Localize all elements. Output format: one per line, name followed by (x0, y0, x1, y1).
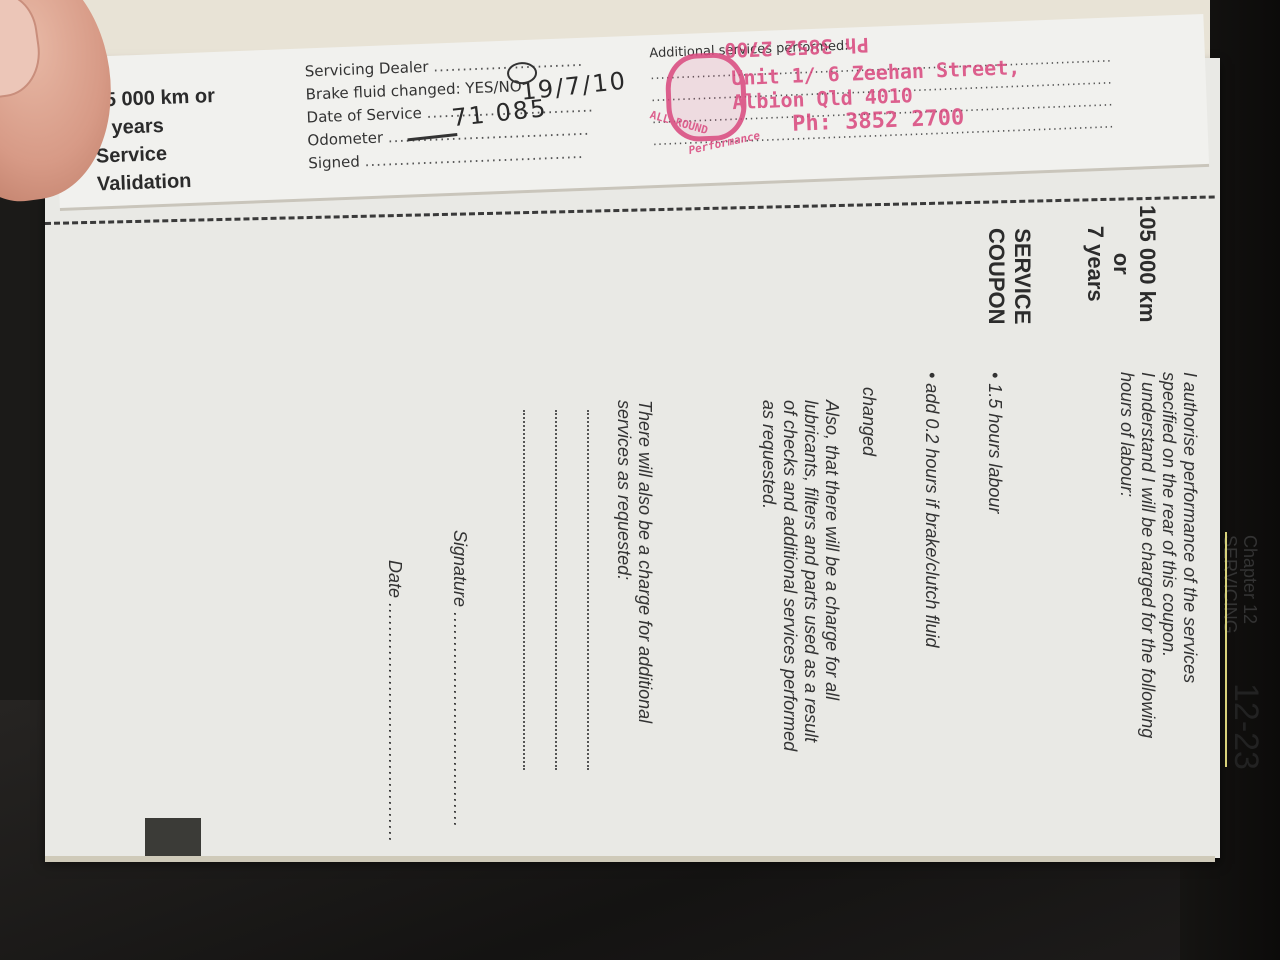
authorise-text: I authorise performance of the services … (1116, 372, 1200, 738)
text-line: lubricants, filters and parts used as a … (800, 400, 821, 751)
text-line: of checks and additional services perfor… (779, 400, 800, 751)
text-line: Also, that there will be a charge for al… (821, 400, 842, 751)
text-line: specified on the rear of this coupon. (1158, 372, 1179, 738)
stub-title: 75 000 km or 5 years Service Validation (93, 82, 218, 199)
interval-years: 7 years (1082, 205, 1108, 322)
signature-label: Signature (450, 530, 470, 607)
text-line: hours of labour: (1116, 372, 1137, 738)
charge-text: Also, that there will be a charge for al… (758, 400, 842, 751)
dotted-line: .................................... (450, 612, 470, 828)
text-line: I understand I will be charged for the f… (1137, 372, 1158, 738)
thumb-index-marker (145, 818, 201, 856)
bullet-item: changed (858, 372, 879, 647)
page-number: 12-23 (1226, 683, 1265, 770)
text-line: as requested. (758, 400, 779, 751)
page-edge (45, 856, 1215, 862)
additional-services-line-2[interactable] (555, 410, 557, 770)
interval-or: or (1108, 205, 1134, 322)
date-field[interactable]: Date ...................................… (384, 560, 405, 843)
coupon-interval: 105 000 km or 7 years (1082, 205, 1160, 322)
date-label: Date (385, 560, 405, 598)
stub-title-line: Validation (96, 166, 218, 199)
stamp-line: Ph 3852 2700 (724, 33, 869, 63)
title-line: COUPON (983, 228, 1009, 325)
text-line: I authorise performance of the services (1179, 372, 1200, 738)
field-label: Signed (308, 152, 360, 172)
signature-field[interactable]: Signature ..............................… (449, 530, 470, 828)
stub-title-line: 75 000 km or (93, 82, 215, 115)
interval-km: 105 000 km (1134, 205, 1160, 322)
additional-charge-text: There will also be a charge for addition… (613, 400, 655, 723)
additional-services-line-1[interactable] (587, 410, 589, 770)
thumbnail (0, 0, 46, 103)
field-label: Date of Service (306, 104, 422, 126)
field-label: Servicing Dealer (304, 58, 428, 81)
text-line: services as requested: (613, 400, 634, 723)
bullet-item: • 1.5 hours labour (984, 372, 1005, 647)
stamp-phone: Ph: 3852 2700 (792, 105, 965, 137)
bullet-item: • add 0.2 hours if brake/clutch fluid (921, 372, 942, 647)
coupon-title: SERVICE COUPON (983, 228, 1035, 325)
title-line: SERVICE (1009, 228, 1035, 325)
field-label: Odometer (307, 129, 383, 150)
chapter-label: Chapter 12 (1240, 535, 1260, 634)
section-label: SERVICING (1220, 535, 1240, 634)
stub-fields: Servicing Dealer .......................… (304, 49, 596, 175)
dealer-stamp: Ph 3852 2700 Unit 1/ 6 Zeehan Street, Al… (654, 23, 1119, 171)
text-line: There will also be a charge for addition… (634, 400, 655, 723)
additional-services-line-3[interactable] (523, 410, 525, 770)
dotted-line: ........................................ (385, 603, 405, 843)
labour-bullets: • 1.5 hours labour • add 0.2 hours if br… (837, 372, 1047, 647)
